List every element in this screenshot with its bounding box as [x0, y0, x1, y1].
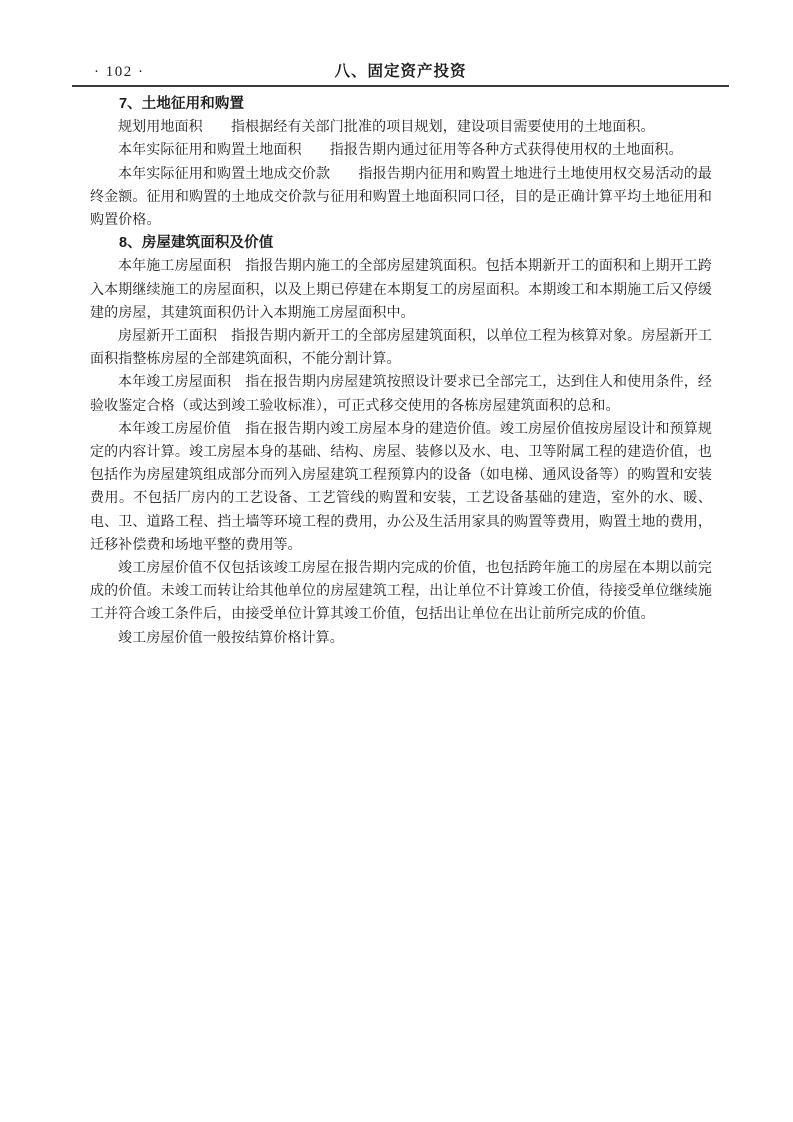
document-page: · 102 · 八、固定资产投资 7、土地征用和购置 规划用地面积 指根据经有关… — [0, 0, 793, 1122]
section-heading-building-area-value: 8、房屋建筑面积及价值 — [90, 232, 712, 255]
paragraph-completed-floor-space: 本年竣工房屋面积 指在报告期内房屋建筑按照设计要求已全部完工，达到住人和使用条件… — [90, 371, 712, 417]
page-header: · 102 · 八、固定资产投资 — [72, 58, 729, 87]
paragraph-settlement-price-note: 竣工房屋价值一般按结算价格计算。 — [90, 627, 712, 650]
paragraph-newly-started-floor-space: 房屋新开工面积 指报告期内新开工的全部房屋建筑面积，以单位工程为核算对象。房屋新… — [90, 325, 712, 371]
paragraph-land-acquired-this-year: 本年实际征用和购置土地面积 指报告期内通过征用等各种方式获得使用权的土地面积。 — [90, 139, 712, 162]
chapter-title: 八、固定资产投资 — [72, 59, 729, 81]
page-body: 7、土地征用和购置 规划用地面积 指根据经有关部门批准的项目规划，建设项目需要使… — [90, 93, 712, 650]
section-heading-land-acquisition: 7、土地征用和购置 — [90, 93, 712, 116]
paragraph-completed-building-value: 本年竣工房屋价值 指在报告期内竣工房屋本身的建造价值。竣工房屋价值按房屋设计和预… — [90, 418, 712, 557]
paragraph-completed-value-scope: 竣工房屋价值不仅包括该竣工房屋在报告期内完成的价值，也包括跨年施工的房屋在本期以… — [90, 557, 712, 627]
paragraph-planned-land-area: 规划用地面积 指根据经有关部门批准的项目规划，建设项目需要使用的土地面积。 — [90, 116, 712, 139]
paragraph-land-transaction-price: 本年实际征用和购置土地成交价款 指报告期内征用和购置土地进行土地使用权交易活动的… — [90, 163, 712, 233]
paragraph-floor-space-under-construction: 本年施工房屋面积 指报告期内施工的全部房屋建筑面积。包括本期新开工的面积和上期开… — [90, 255, 712, 325]
